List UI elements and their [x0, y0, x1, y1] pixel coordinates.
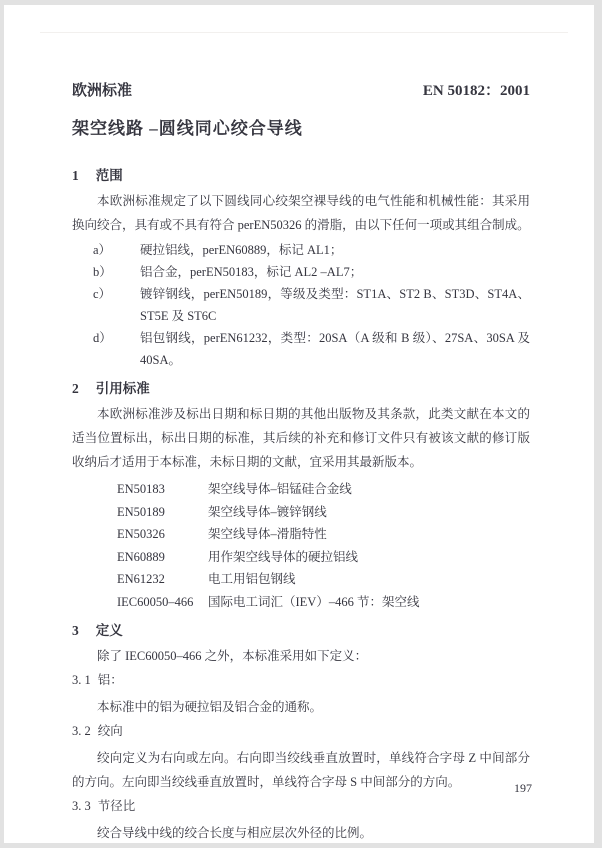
reference-title: 电工用铝包钢线 [208, 568, 296, 591]
reference-title: 架空线导体–镀锌钢线 [208, 501, 327, 524]
section-1-title: 范围 [96, 168, 123, 183]
list-item-text: 铝合金，perEN50183，标记 AL2 –AL7； [140, 261, 362, 283]
definition-number: 3. 1 [72, 673, 91, 687]
definition-heading: 3. 2绞向 [72, 719, 530, 743]
definition-term: 绞向 [98, 724, 123, 738]
document-page: 欧洲标准 EN 50182：2001 架空线路 –圆线同心绞合导线 1范围 本欧… [4, 5, 594, 843]
list-item-text: 铝包钢线，perEN61232，类型：20SA（A 级和 B 级）、27SA、3… [140, 327, 530, 371]
section-2-title: 引用标准 [96, 381, 150, 396]
definition-heading: 3. 3节径比 [72, 794, 530, 818]
reference-title: 架空线导体–滑脂特性 [208, 523, 327, 546]
definition-term: 铝： [98, 673, 123, 687]
reference-title: 架空线导体–铝锰硅合金线 [208, 478, 352, 501]
reference-row: IEC60050–466 国际电工词汇（IEV）–466 节：架空线 [72, 591, 530, 614]
list-item: c） 镀锌钢线，perEN50189，等级及类型：ST1A、ST2 B、ST3D… [72, 283, 530, 327]
reference-row: EN60889 用作架空线导体的硬拉铝线 [72, 546, 530, 569]
section-3-number: 3 [72, 623, 79, 638]
reference-code: IEC60050–466 [117, 591, 208, 614]
reference-row: EN50326 架空线导体–滑脂特性 [72, 523, 530, 546]
list-item-text: 硬拉铝线，perEN60889，标记 AL1； [140, 239, 342, 261]
standard-org-label: 欧洲标准 [72, 81, 132, 101]
list-item-label: d） [93, 327, 121, 371]
reference-row: EN61232 电工用铝包钢线 [72, 568, 530, 591]
reference-title: 国际电工词汇（IEV）–466 节：架空线 [208, 591, 419, 614]
section-1-heading: 1范围 [72, 165, 530, 186]
section-1-intro: 本欧洲标准规定了以下圆线同心绞架空裸导线的电气性能和机械性能：其采用换向绞合，具… [72, 189, 530, 237]
list-item-text: 镀锌钢线，perEN50189，等级及类型：ST1A、ST2 B、ST3D、ST… [140, 283, 530, 327]
reference-code: EN61232 [117, 568, 208, 591]
page-content: 欧洲标准 EN 50182：2001 架空线路 –圆线同心绞合导线 1范围 本欧… [72, 81, 530, 845]
section-2-heading: 2引用标准 [72, 378, 530, 399]
reference-row: EN50189 架空线导体–镀锌钢线 [72, 501, 530, 524]
definition-block: 3. 1铝： 本标准中的铝为硬拉铝及铝合金的通称。 [72, 668, 530, 719]
definition-number: 3. 3 [72, 799, 91, 813]
definition-number: 3. 2 [72, 724, 91, 738]
doc-header: 欧洲标准 EN 50182：2001 [72, 81, 530, 101]
list-item: b） 铝合金，perEN50183，标记 AL2 –AL7； [72, 261, 530, 283]
section-2-intro: 本欧洲标准涉及标出日期和标日期的其他出版物及其条款，此类文献在本文的适当位置标出… [72, 402, 530, 474]
section-2-number: 2 [72, 381, 79, 396]
list-item-label: b） [93, 261, 121, 283]
reference-code: EN60889 [117, 546, 208, 569]
section-3-heading: 3定义 [72, 620, 530, 641]
references-list: EN50183 架空线导体–铝锰硅合金线 EN50189 架空线导体–镀锌钢线 … [72, 478, 530, 613]
reference-code: EN50189 [117, 501, 208, 524]
standard-code: EN 50182：2001 [423, 81, 530, 101]
definition-heading: 3. 1铝： [72, 668, 530, 692]
scan-artifact-line [40, 32, 568, 33]
section-3-intro: 除了 IEC60050–466 之外，本标准采用如下定义： [72, 644, 530, 668]
list-item: d） 铝包钢线，perEN61232，类型：20SA（A 级和 B 级）、27S… [72, 327, 530, 371]
list-item-label: c） [93, 283, 121, 327]
reference-title: 用作架空线导体的硬拉铝线 [208, 546, 358, 569]
section-1-number: 1 [72, 168, 79, 183]
definition-term: 节径比 [98, 799, 136, 813]
reference-code: EN50326 [117, 523, 208, 546]
page-number: 197 [514, 781, 532, 795]
definition-block: 3. 3节径比 绞合导线中线的绞合长度与相应层次外径的比例。 [72, 794, 530, 845]
list-item-label: a） [93, 239, 121, 261]
definition-block: 3. 2绞向 绞向定义为右向或左向。右向即当绞线垂直放置时，单线符合字母 Z 中… [72, 719, 530, 794]
definition-body: 绞合导线中线的绞合长度与相应层次外径的比例。 [72, 821, 530, 845]
definition-body: 绞向定义为右向或左向。右向即当绞线垂直放置时，单线符合字母 Z 中间部分的方向。… [72, 746, 530, 794]
definition-body: 本标准中的铝为硬拉铝及铝合金的通称。 [72, 695, 530, 719]
reference-code: EN50183 [117, 478, 208, 501]
reference-row: EN50183 架空线导体–铝锰硅合金线 [72, 478, 530, 501]
doc-title: 架空线路 –圆线同心绞合导线 [72, 116, 530, 142]
section-3-title: 定义 [96, 623, 123, 638]
list-item: a） 硬拉铝线，perEN60889，标记 AL1； [72, 239, 530, 261]
section-1-list: a） 硬拉铝线，perEN60889，标记 AL1； b） 铝合金，perEN5… [72, 239, 530, 371]
